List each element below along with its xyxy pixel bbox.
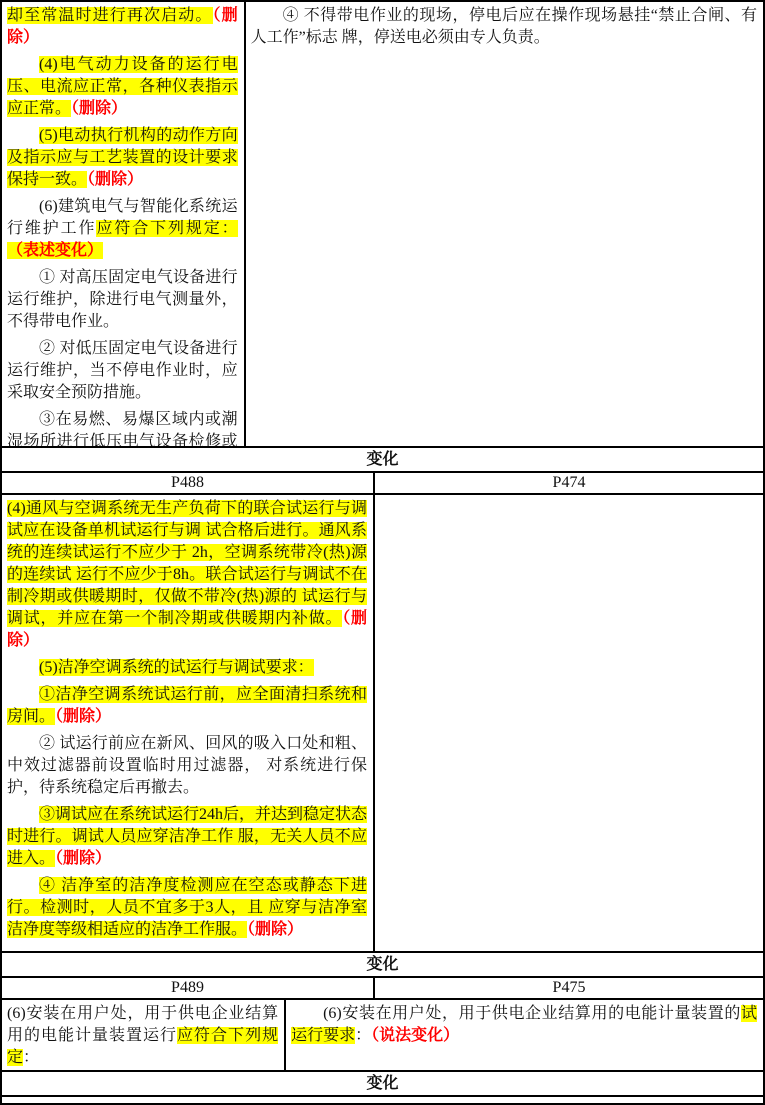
paragraph: (6)安装在用户处，用于供电企业结算用的电能计量装置运行应符合下列规定： [7,1003,278,1069]
page-number-row-2: P489 P475 [2,978,763,1000]
body-text: (6)安装在用户处，用于供电企业结算用的电能计量装置的 [323,1005,741,1022]
change-annotation: （表述变化） [7,242,103,259]
paragraph: (5)洁净空调系统的试运行与调试要求： [7,657,367,679]
page-number-row-1: P488 P474 [2,473,763,495]
highlighted-text: (5)洁净空调系统的试运行与调试要求： [39,659,314,676]
bottom-spacer [2,1097,763,1103]
page-number-left-1: P488 [2,473,375,493]
change-label: 变化 [366,954,398,976]
change-label-row-1: 变化 [2,448,763,473]
section-row-3: (6)安装在用户处，用于供电企业结算用的电能计量装置运行应符合下列规定：2)系统… [2,1000,763,1072]
section-1-left-cell: 却至常温时进行再次启动。（删除）(4)电气动力设备的运行电压、电流应正常，各种仪… [2,2,246,446]
change-label-row-3: 变化 [2,1072,763,1097]
change-annotation: （删除） [247,921,303,938]
highlighted-text: 却至常温时进行再次启动。 [7,7,213,24]
highlighted-text: ④ 洁净室的洁净度检测应在空态或静态下进行。检测时，人员不宜多于3人，且 应穿与… [7,877,367,938]
change-annotation: （删除） [55,850,111,867]
body-text: ： [355,1027,371,1044]
page-number-right-1: P474 [375,473,763,493]
paragraph: ① 对高压固定电气设备进行运行维护，除进行电气测量外，不得带电作业。 [7,267,238,333]
paragraph: (5)电动执行机构的动作方向及指示应与工艺装置的设计要求保持一致。（删除） [7,125,238,191]
change-label: 变化 [366,449,398,471]
body-text: ： [23,1049,39,1066]
page-number-right-2: P475 [375,978,763,998]
paragraph: ③在易燃、易爆区域内或潮湿场所进行低压电气设备检修或更换时，必须断开电 源，不得… [7,409,238,446]
paragraph: ①洁净空调系统试运行前，应全面清扫系统和房间。（删除） [7,684,367,728]
section-3-right-cell: (6)安装在用户处，用于供电企业结算用的电能计量装置的试运行要求：（说法变化） [286,1000,763,1070]
revision-comparison-table: 却至常温时进行再次启动。（删除）(4)电气动力设备的运行电压、电流应正常，各种仪… [0,0,765,1105]
paragraph: ③调试应在系统试运行24h后，并达到稳定状态时进行。调试人员应穿洁净工作 服，无… [7,804,367,870]
section-1-right-cell: ④ 不得带电作业的现场，停电后应在操作现场悬挂“禁止合闸、有人工作”标志 牌，停… [246,2,763,446]
body-text: ③在易燃、易爆区域内或潮湿场所进行低压电气设备检修或更换时，必须断开电 源，不得… [7,411,238,446]
section-row-1: 却至常温时进行再次启动。（删除）(4)电气动力设备的运行电压、电流应正常，各种仪… [2,2,763,448]
paragraph: 却至常温时进行再次启动。（删除） [7,5,238,49]
paragraph: ② 对低压固定电气设备进行运行维护，当不停电作业时，应采取安全预防措施。 [7,338,238,404]
change-annotation: （删除） [87,171,143,188]
paragraph: (6)建筑电气与智能化系统运行维护工作应符合下列规定：（表述变化） [7,196,238,262]
body-text: ④ 不得带电作业的现场，停电后应在操作现场悬挂“禁止合闸、有人工作”标志 牌，停… [251,7,757,46]
section-row-2: (4)通风与空调系统无生产负荷下的联合试运行与调试应在设备单机试运行与调 试合格… [2,495,763,953]
highlighted-text: 应符合下列规定： [96,220,237,237]
paragraph: ② 试运行前应在新风、回风的吸入口处和粗、中效过滤器前设置临时用过滤器， 对系统… [7,733,367,799]
highlighted-text: (4)通风与空调系统无生产负荷下的联合试运行与调试应在设备单机试运行与调 试合格… [7,500,367,627]
section-2-right-cell [375,495,763,951]
section-2-left-cell: (4)通风与空调系统无生产负荷下的联合试运行与调试应在设备单机试运行与调 试合格… [2,495,375,951]
change-label: 变化 [366,1073,398,1095]
body-text: ② 对低压固定电气设备进行运行维护，当不停电作业时，应采取安全预防措施。 [7,340,238,401]
paragraph: ④ 洁净室的洁净度检测应在空态或静态下进行。检测时，人员不宜多于3人，且 应穿与… [7,875,367,941]
change-annotation: （删除） [55,708,111,725]
paragraph: (4)电气动力设备的运行电压、电流应正常，各种仪表指示应正常。（删除） [7,54,238,120]
paragraph: ④ 不得带电作业的现场，停电后应在操作现场悬挂“禁止合闸、有人工作”标志 牌，停… [251,5,757,49]
change-label-row-2: 变化 [2,953,763,978]
change-annotation: （说法变化） [371,1027,459,1044]
page-number-left-2: P489 [2,978,375,998]
body-text: ① 对高压固定电气设备进行运行维护，除进行电气测量外，不得带电作业。 [7,269,238,330]
paragraph: (4)通风与空调系统无生产负荷下的联合试运行与调试应在设备单机试运行与调 试合格… [7,498,367,652]
change-annotation: （删除） [71,100,127,117]
section-3-left-cell: (6)安装在用户处，用于供电企业结算用的电能计量装置运行应符合下列规定：2)系统… [2,1000,286,1070]
paragraph: (6)安装在用户处，用于供电企业结算用的电能计量装置的试运行要求：（说法变化） [291,1003,757,1047]
body-text: ② 试运行前应在新风、回风的吸入口处和粗、中效过滤器前设置临时用过滤器， 对系统… [7,735,367,796]
